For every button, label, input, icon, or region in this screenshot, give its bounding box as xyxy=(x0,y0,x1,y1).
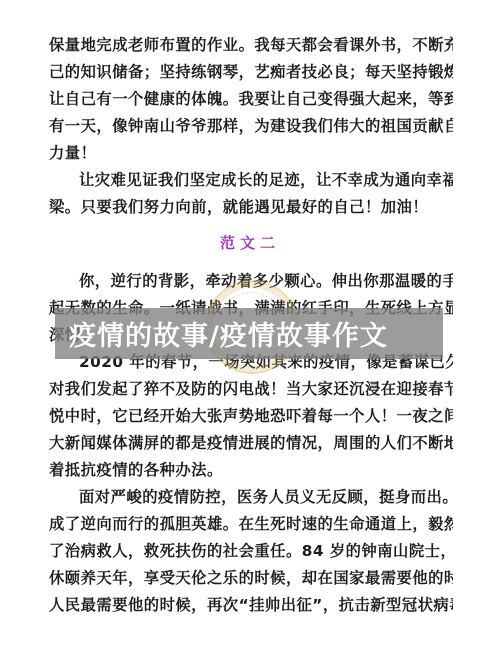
title-overlay-banner: 疫情的故事/疫情故事作文 xyxy=(55,308,443,359)
text-line: 保量地完成老师布置的作业。我每天都会看课外书，不断充实自 xyxy=(49,32,453,59)
text-line: 悦中时，它已经开始大张声势地恐吓着每一个人！一夜之间，各 xyxy=(49,403,453,430)
overlay-title: 疫情的故事/疫情故事作文 xyxy=(55,314,388,353)
paragraph-1: 保量地完成老师布置的作业。我每天都会看课外书，不断充实自 己的知识储备；坚持练钢… xyxy=(49,32,453,167)
text-line: 对我们发起了猝不及防的闪电战！当大家还沉浸在迎接春节的喜 xyxy=(49,376,453,403)
text-line: 成了逆向而行的孤胆英雄。在生死时速的生命通道上，毅然担起 xyxy=(49,511,453,538)
text-line: 有一天，像钟南山爷爷那样，为建设我们伟大的祖国贡献自己的 xyxy=(49,113,453,140)
paragraph-5: 面对严峻的疫情防控，医务人员义无反顾，挺身而出。他们 成了逆向而行的孤胆英雄。在… xyxy=(49,484,453,619)
text-line: 力量！ xyxy=(49,140,453,167)
text-line: 你，逆行的背影，牵动着多少颗心。伸出你那温暖的手，托 xyxy=(49,268,453,295)
text-line: 人民最需要他的时候，再次“挂帅出征”，抗击新型冠状病毒。 xyxy=(49,592,453,619)
text-line: 了治病救人，救死扶伤的社会重任。84 岁的钟南山院士，本该退 xyxy=(49,538,453,565)
text-line: 着抵抗疫情的各种办法。 xyxy=(49,457,453,484)
paragraph-4: 2020 年的春节，一场突如其来的疫情，像是蓄谋已久的战争， 对我们发起了猝不及… xyxy=(49,349,453,484)
text-line: 梁。只要我们努力向前，就能遇见最好的自己！加油！ xyxy=(49,194,453,221)
text-line: 让自己有一个健康的体魄。我要让自己变得强大起来，等到将来 xyxy=(49,86,453,113)
section-title: 范文二 xyxy=(0,232,500,253)
paragraph-2: 让灾难见证我们坚定成长的足迹，让不幸成为通向幸福的桥 梁。只要我们努力向前，就能… xyxy=(49,167,453,221)
text-line: 让灾难见证我们坚定成长的足迹，让不幸成为通向幸福的桥 xyxy=(49,167,453,194)
text-line: 己的知识储备；坚持练钢琴，艺痴者技必良；每天坚持锻炼身体， xyxy=(49,59,453,86)
text-line: 休颐养天年，享受天伦之乐的时候，却在国家最需要他的时候， xyxy=(49,565,453,592)
document-page: 保量地完成老师布置的作业。我每天都会看课外书，不断充实自 己的知识储备；坚持练钢… xyxy=(0,0,500,666)
text-line: 大新闻媒体满屏的都是疫情进展的情况，周围的人们不断地寻找 xyxy=(49,430,453,457)
text-line: 面对严峻的疫情防控，医务人员义无反顾，挺身而出。他们 xyxy=(49,484,453,511)
